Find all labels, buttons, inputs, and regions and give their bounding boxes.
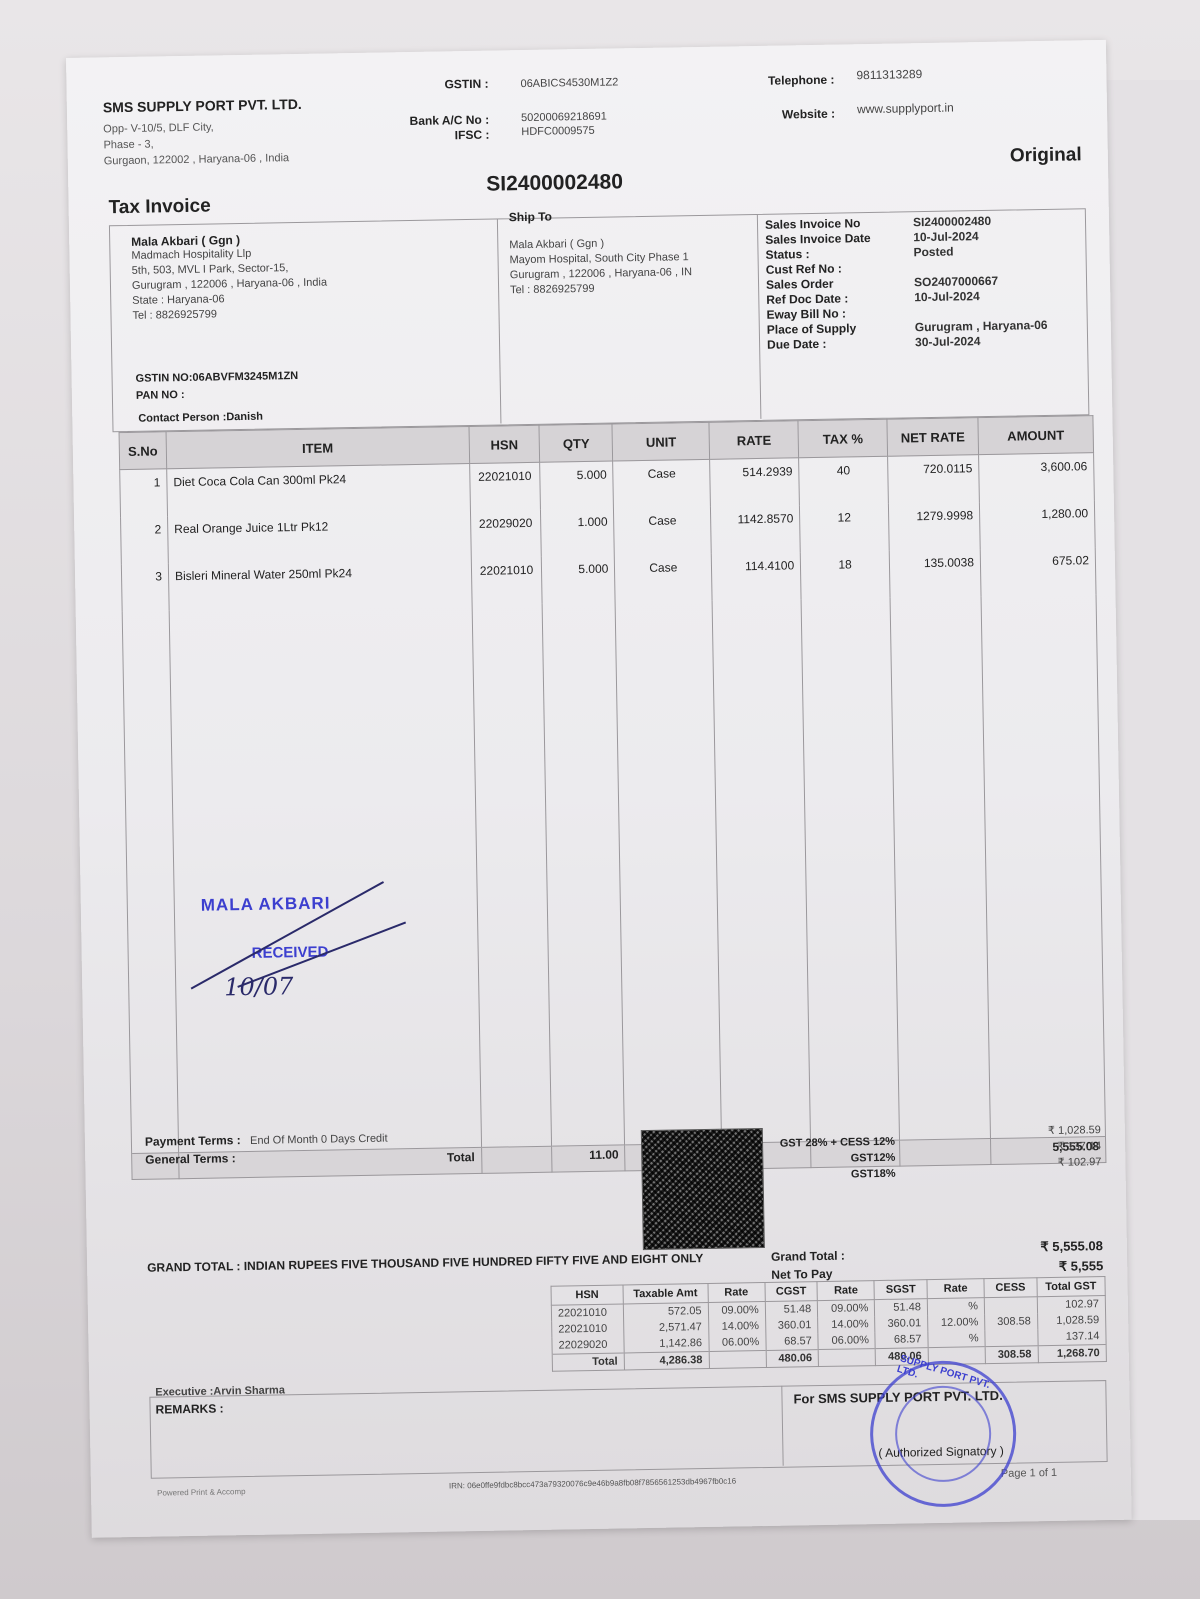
gst-cell: 12.00% [928,1314,985,1331]
gst-col-header: Taxable Amt [623,1283,708,1303]
telephone-label: Telephone : [734,73,834,89]
tax-summary-label: GST18% [765,1166,895,1184]
footer-left-note: Powered Print & Accomp [157,1487,246,1498]
gst-cell: 51.48 [875,1299,928,1316]
gst-cell: 22021010 [552,1320,624,1337]
cell-net-rate: 1279.9998 [888,502,980,551]
meta-value: 30-Jul-2024 [915,334,981,350]
cell-sno: 1 [120,469,168,517]
seller-address-line: Opp- V-10/5, DLF City, [103,121,214,135]
gst-total-cell: 480.06 [766,1350,819,1368]
amount-in-words: GRAND TOTAL : INDIAN RUPEES FIVE THOUSAN… [147,1250,767,1275]
qr-code [641,1128,765,1250]
col-header: AMOUNT [978,416,1094,455]
bank-account: 50200069218691 [521,111,607,124]
cell-item: Bisleri Mineral Water 250ml Pk24 [168,558,471,610]
empty-cell [801,598,899,1142]
gst-cell: 1,028.59 [1037,1312,1106,1329]
gst-cell: 68.57 [766,1333,819,1350]
seller-name: SMS SUPPLY PORT PVT. LTD. [103,96,302,115]
col-header: NET RATE [887,418,979,457]
gst-total-cell: 4,286.38 [624,1351,709,1369]
cell-qty: 5.000 [540,461,614,510]
gst-total-cell [709,1350,766,1368]
payment-terms-value: End Of Month 0 Days Credit [250,1133,388,1147]
invoice-paper: SMS SUPPLY PORT PVT. LTD. Opp- V-10/5, D… [66,40,1132,1538]
ship-to-line: Tel : 8826925799 [510,280,692,298]
cell-tax: 12 [800,504,890,553]
gst-cell: 2,571.47 [623,1319,708,1336]
cell-net-rate: 135.0038 [889,549,981,598]
cell-sno: 2 [121,516,169,564]
col-header: ITEM [166,427,469,469]
gst-cell: 360.01 [875,1315,928,1332]
cell-tax: 18 [800,551,890,600]
cell-rate: 514.2939 [710,458,800,507]
table-filler [122,594,1105,1153]
gst-col-header: SGST [874,1280,927,1300]
ifsc-label: IFSC : [389,128,489,144]
gst-cell: 22029020 [552,1336,624,1354]
empty-cell [615,601,721,1145]
gst-cell: 308.58 [985,1313,1038,1330]
gst-cell: 09.00% [818,1300,875,1317]
gst-total-cell: 308.58 [985,1346,1038,1364]
gst-breakup-table: HSNTaxable AmtRateCGSTRateSGSTRateCESSTo… [551,1276,1107,1372]
invoice-meta: Sales Invoice NoSI2400002480 Sales Invoi… [765,212,1077,352]
empty-cell [481,1146,552,1173]
general-terms-label: General Terms : [145,1151,236,1167]
col-header: RATE [709,421,799,460]
gst-cell: 22021010 [551,1304,623,1322]
payment-terms-label: Payment Terms : [145,1133,241,1149]
meta-value: 10-Jul-2024 [913,229,979,245]
cell-hsn: 22021010 [471,557,543,605]
gst-col-header: HSN [551,1285,623,1305]
cell-rate: 114.4100 [712,552,802,601]
seller-gstin: 06ABICS4530M1Z2 [520,76,618,90]
ship-to-block: Ship To Mala Akbari ( Ggn ) Mayom Hospit… [509,207,693,298]
meta-value: SO2407000667 [914,274,998,290]
col-header: QTY [539,424,613,462]
company-seal: SUPPLY PORT PVT. LTD. [869,1360,1018,1509]
col-header: UNIT [612,422,710,461]
ship-to-line: Gurugram , 122006 , Haryana-06 , IN [510,265,692,283]
document-title: Tax Invoice [108,195,210,219]
gst-cell: 06.00% [818,1332,875,1349]
irn: IRN: 06e0ffe9fdbc8bcc473a79320076c9e46b9… [449,1477,736,1491]
gst-cell [984,1297,1037,1314]
tax-summary-value: ₹ 102.97 [985,1154,1101,1172]
tax-summary-labels: GST 28% + CESS 12% GST12% GST18% [765,1134,896,1184]
bill-to-pan: PAN NO : [136,389,185,402]
gst-col-header: Rate [708,1282,765,1302]
gst-cell: 68.57 [875,1331,928,1348]
cell-sno: 3 [121,563,169,611]
contact-person: Contact Person :Danish [138,411,263,425]
invoice-number-heading: SI2400002480 [486,170,623,196]
page-number: Page 1 of 1 [1001,1467,1057,1480]
cell-unit: Case [613,459,711,508]
gst-total-cell [818,1349,875,1367]
total-qty: 11.00 [552,1145,625,1172]
gst-cell: % [928,1330,985,1347]
gstin-label: GSTIN : [388,77,488,93]
gst-cell: 14.00% [708,1318,765,1335]
empty-cell [543,602,625,1146]
remarks-label: REMARKS : [155,1401,223,1416]
cell-tax: 40 [799,456,889,505]
seller-address-line: Phase - 3, [103,138,153,151]
meta-value: SI2400002480 [913,214,991,230]
seller-website[interactable]: www.supplyport.in [857,101,954,117]
website-label: Website : [735,107,835,123]
seal-inner-ring [894,1385,992,1483]
cell-hsn: 22029020 [470,510,542,558]
cell-unit: Case [614,507,712,556]
bank-label: Bank A/C No : [389,113,489,129]
grand-total-label: Grand Total : [771,1249,845,1264]
tax-summary-values: ₹ 1,028.59 ₹ 137.14 ₹ 102.97 [985,1122,1102,1172]
cell-amount: 675.02 [980,547,1096,596]
meta-label: Due Date : [767,335,915,353]
seller-telephone: 9811313289 [856,67,922,82]
meta-value: 10-Jul-2024 [914,289,980,305]
col-header: S.No [119,432,167,470]
col-header: TAX % [798,419,888,458]
net-to-pay-label: Net To Pay [771,1267,832,1282]
cell-item: Real Orange Juice 1Ltr Pk12 [167,511,470,563]
cell-qty: 5.000 [542,556,616,604]
ifsc-code: HDFC0009575 [521,125,595,138]
gst-cell: 360.01 [765,1317,818,1334]
gst-cell: 137.14 [1037,1328,1106,1346]
cell-hsn: 22021010 [469,462,541,511]
gst-cell: 51.48 [765,1301,818,1318]
gst-cell: 102.97 [1037,1296,1106,1314]
empty-cell [169,605,481,1153]
gst-cell: 09.00% [708,1301,765,1318]
gst-cell: 14.00% [818,1316,875,1333]
executive-name: Executive :Arvin Sharma [155,1384,285,1398]
gst-cell [985,1329,1038,1346]
meta-value: Gurugram , Haryana-06 [915,318,1048,335]
gst-cell: % [927,1298,984,1315]
items-table: S.No ITEM HSN QTY UNIT RATE TAX % NET RA… [119,415,1107,1180]
gst-cell: 06.00% [708,1334,765,1351]
gst-col-header: CGST [765,1282,818,1302]
empty-cell [472,604,552,1148]
net-to-pay-value: ₹ 5,555 [987,1258,1103,1276]
copy-label: Original [1010,144,1082,167]
cell-amount: 3,600.06 [979,453,1095,502]
gst-col-header: CESS [984,1278,1037,1298]
cell-amount: 1,280.00 [979,500,1095,549]
receiver-stamp-name: MALA AKBARI [201,894,331,916]
empty-cell [890,596,990,1140]
gst-cell: 1,142.86 [624,1335,709,1353]
empty-cell [981,594,1105,1138]
gst-col-header: Rate [927,1279,984,1299]
meta-value: Posted [913,245,953,261]
bill-to-block: Mala Akbari ( Ggn ) Madmach Hospitality … [131,231,328,323]
col-header: HSN [468,425,540,463]
cell-qty: 1.000 [541,509,615,557]
cell-item: Diet Coca Cola Can 300ml Pk24 [167,464,470,517]
seller-address-line: Gurgaon, 122002 , Haryana-06 , India [104,152,289,167]
gst-col-header: Rate [817,1281,874,1301]
grand-total-value: ₹ 5,555.08 [987,1238,1103,1256]
empty-cell [900,1139,991,1167]
gst-cell: 572.05 [623,1302,708,1320]
gst-col-header: Total GST [1037,1277,1106,1297]
cell-unit: Case [615,554,713,603]
gst-total-cell: 1,268.70 [1038,1345,1107,1363]
cell-net-rate: 720.0115 [888,455,980,504]
gst-total-cell: Total [552,1353,624,1371]
cell-rate: 1142.8570 [711,505,801,554]
empty-cell [712,599,810,1143]
